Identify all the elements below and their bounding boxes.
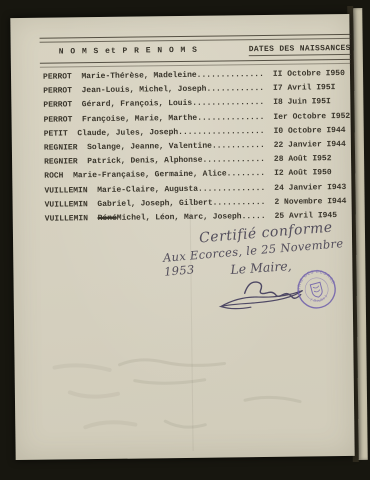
person-name: VUILLEMIN Marie-Claire, Augusta.........… [44,183,265,195]
person-name: REGNIER Patrick, Denis, Alphonse........… [44,155,265,167]
birth-date: 2 Novembre I944 [274,197,346,207]
birth-register-table: N O M S et P R E N O M S DATES DES NAISS… [40,34,353,227]
names-column-header: N O M S et P R E N O M S [59,46,198,57]
svg-text:( Doubs ): ( Doubs ) [309,293,329,304]
ink-showthrough [14,344,354,458]
person-name: PERROT Jean-Louis, Michel, Joseph.......… [43,84,264,96]
birth-date: II Octobre I950 [273,69,345,79]
birth-date: I8 Juin I95I [273,98,331,108]
birth-date: 24 Janvier I943 [274,182,346,192]
birth-date: 28 Août I952 [274,154,332,164]
birth-date: I7 Avril I95I [273,83,336,93]
person-name: PERROT Marie-Thérèse, Madeleine.........… [43,70,264,82]
table-top-rule [40,34,351,43]
person-name: REGNIER Solange, Jeanne, Valentine......… [44,141,265,153]
stamp-text-bottom: ( Doubs ) [309,293,329,304]
struck-text: Réné [98,214,117,223]
document-page: N O M S et P R E N O M S DATES DES NAISS… [10,14,354,460]
birth-date: I2 Août I950 [274,168,332,178]
person-name: VUILLEMIN RénéMichel, Léon, Marc, Joseph… [45,212,266,224]
birth-date: 22 Janvier I944 [274,140,346,150]
birth-date: Ier Octobre I952 [273,112,350,122]
person-name: PETIT Claude, Jules, Joseph.............… [44,127,265,139]
birth-date: I0 Octobre I944 [274,126,346,136]
birth-rows: PERROT Marie-Thérèse, Madeleine.........… [40,67,353,227]
person-name: PERROT Françoise, Marie, Marthe.........… [44,113,265,125]
dates-column-header: DATES DES NAISSANCES [249,44,351,56]
person-name: VUILLEMIN Gabriel, Joseph, Gilbert......… [45,198,266,210]
person-name: ROCH Marie-Française, Germaine, Alice...… [44,169,265,181]
person-name: PERROT Gérard, François, Louis..........… [43,98,264,110]
